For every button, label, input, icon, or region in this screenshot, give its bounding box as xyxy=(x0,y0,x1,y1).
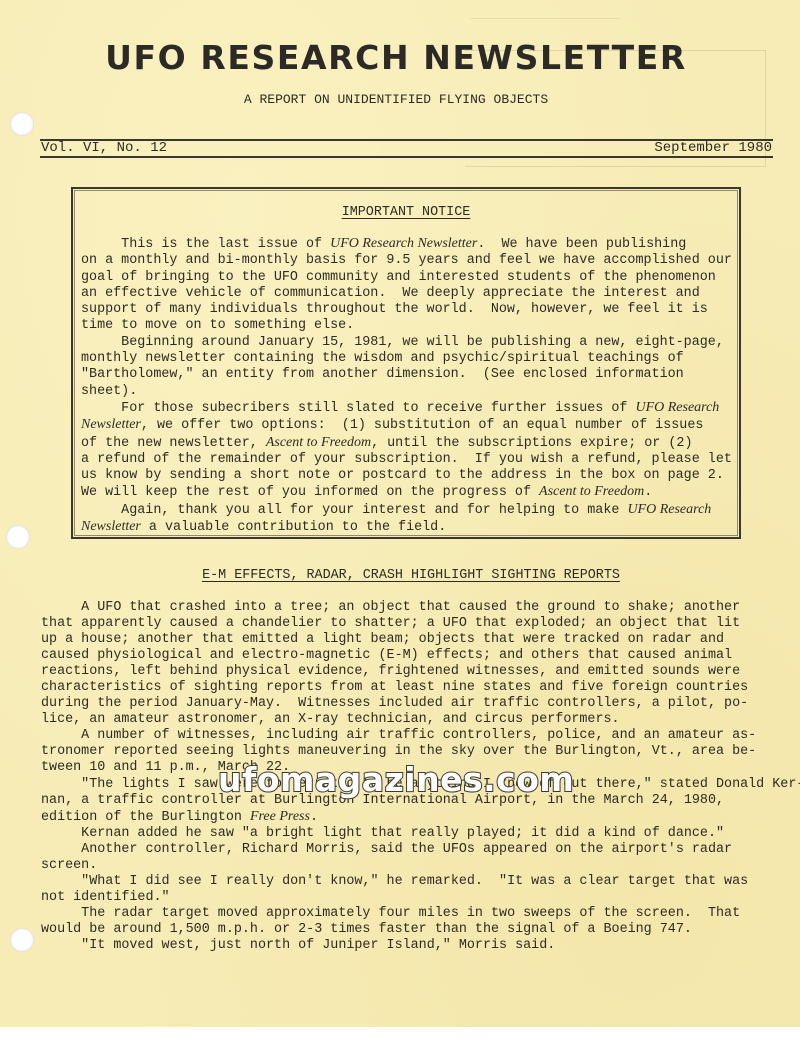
italic-title: UFO Research Newsletter xyxy=(330,236,477,251)
italic-title: Free Press xyxy=(250,809,310,824)
text-line: sheet). xyxy=(81,384,741,400)
notice-heading: IMPORTANT NOTICE xyxy=(73,205,739,220)
text-line: reactions, left behind physical evidence… xyxy=(41,664,781,680)
text-line: time to move on to something else. xyxy=(81,318,741,334)
newsletter-title: UFO RESEARCH NEWSLETTER xyxy=(0,38,792,77)
punch-hole-bottom xyxy=(10,928,34,952)
text-line: For those subecribers still slated to re… xyxy=(81,400,741,417)
text-line: edition of the Burlington Free Press. xyxy=(41,809,781,826)
text-line: Newsletter a valuable contribution to th… xyxy=(81,519,741,536)
italic-title: Ascent to Freedom xyxy=(539,484,644,499)
punch-hole-middle xyxy=(6,525,30,549)
text-line: lice, an amateur astronomer, an X-ray te… xyxy=(41,712,781,728)
italic-title: UFO Research xyxy=(635,400,719,415)
text-line: during the period January-May. Witnesses… xyxy=(41,696,781,712)
reverse-side-bleed-line xyxy=(470,18,620,19)
text-line: Another controller, Richard Morris, said… xyxy=(41,842,781,858)
text-line: "Bartholomew," an entity from another di… xyxy=(81,367,741,383)
newsletter-page: UFO RESEARCH NEWSLETTER A REPORT ON UNID… xyxy=(0,0,800,1027)
text-line: The radar target moved approximately fou… xyxy=(41,906,781,922)
article-heading: E-M EFFECTS, RADAR, CRASH HIGHLIGHT SIGH… xyxy=(0,568,800,583)
text-line: goal of bringing to the UFO community an… xyxy=(81,270,741,286)
text-line: a refund of the remainder of your subscr… xyxy=(81,452,741,468)
text-line: Newsletter, we offer two options: (1) su… xyxy=(81,417,741,434)
text-line: Kernan added he saw "a bright light that… xyxy=(41,826,781,842)
masthead-bottom-rule xyxy=(40,156,773,158)
text-line: Beginning around January 15, 1981, we wi… xyxy=(81,335,741,351)
text-line: not identified." xyxy=(41,890,781,906)
site-watermark: ufomagazines.com xyxy=(218,763,574,796)
text-line: that apparently caused a chandelier to s… xyxy=(41,616,781,632)
issue-line: Vol. VI, No. 12 September 1980 xyxy=(41,140,772,156)
text-line: an effective vehicle of communication. W… xyxy=(81,286,741,302)
text-line: "What I did see I really don't know," he… xyxy=(41,874,781,890)
text-line: on a monthly and bi-monthly basis for 9.… xyxy=(81,253,741,269)
important-notice-box: IMPORTANT NOTICE This is the last issue … xyxy=(71,187,741,539)
text-line: Again, thank you all for your interest a… xyxy=(81,502,741,519)
notice-body: This is the last issue of UFO Research N… xyxy=(81,236,741,536)
volume-number: Vol. VI, No. 12 xyxy=(41,140,167,156)
italic-title: UFO Research xyxy=(627,502,711,517)
text-line: monthly newsletter containing the wisdom… xyxy=(81,351,741,367)
text-line: us know by sending a short note or postc… xyxy=(81,468,741,484)
text-line: caused physiological and electro-magneti… xyxy=(41,648,781,664)
text-line: "It moved west, just north of Juniper Is… xyxy=(41,938,781,954)
text-line: up a house; another that emitted a light… xyxy=(41,632,781,648)
text-line: support of many individuals throughout t… xyxy=(81,302,741,318)
newsletter-subtitle: A REPORT ON UNIDENTIFIED FLYING OBJECTS xyxy=(0,92,792,107)
text-line: characteristics of sighting reports from… xyxy=(41,680,781,696)
text-line: This is the last issue of UFO Research N… xyxy=(81,236,741,253)
text-line: A UFO that crashed into a tree; an objec… xyxy=(41,600,781,616)
italic-title: Newsletter xyxy=(81,417,141,432)
italic-title: Ascent to Freedom xyxy=(266,435,371,450)
text-line: We will keep the rest of you informed on… xyxy=(81,484,741,501)
text-line: of the new newsletter, Ascent to Freedom… xyxy=(81,435,741,452)
issue-date: September 1980 xyxy=(654,140,772,156)
text-line: screen. xyxy=(41,858,781,874)
text-line: tronomer reported seeing lights maneuver… xyxy=(41,744,781,760)
text-line: would be around 1,500 m.p.h. or 2-3 time… xyxy=(41,922,781,938)
punch-hole-top xyxy=(10,112,34,136)
italic-title: Newsletter xyxy=(81,519,141,534)
text-line: A number of witnesses, including air tra… xyxy=(41,728,781,744)
